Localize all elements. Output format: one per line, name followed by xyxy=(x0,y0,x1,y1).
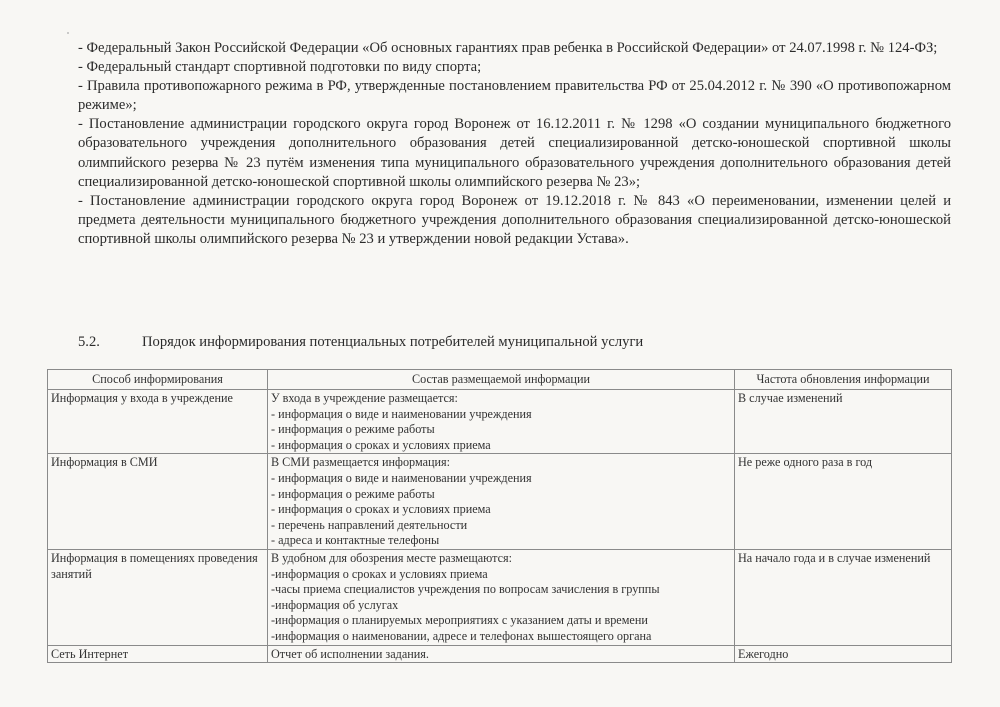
table-header-row: Способ информирования Состав размещаемой… xyxy=(48,370,952,390)
informing-table: Способ информирования Состав размещаемой… xyxy=(47,369,952,663)
table-row: Информация в помещениях проведения занят… xyxy=(48,549,952,645)
frequency-cell: На начало года и в случае изменений xyxy=(735,549,952,645)
frequency-cell: Не реже одного раза в год xyxy=(735,454,952,550)
legal-basis-item: - Постановление администрации городского… xyxy=(78,115,951,191)
content-line: - информация о режиме работы xyxy=(271,422,731,438)
method-cell: Информация у входа в учреждение xyxy=(48,390,268,454)
content-cell: Отчет об исполнении задания. xyxy=(268,645,735,663)
legal-basis-item: - Федеральный Закон Российской Федерации… xyxy=(78,39,951,58)
method-cell: Информация в помещениях проведения занят… xyxy=(48,549,268,645)
content-cell: В удобном для обозрения месте размещаютс… xyxy=(268,549,735,645)
content-line: -информация о наименовании, адресе и тел… xyxy=(271,629,731,645)
table-row: Информация в СМИ В СМИ размещается инфор… xyxy=(48,454,952,550)
column-header-content: Состав размещаемой информации xyxy=(268,370,735,390)
frequency-cell: В случае изменений xyxy=(735,390,952,454)
method-cell: Сеть Интернет xyxy=(48,645,268,663)
content-cell: В СМИ размещается информация: - информац… xyxy=(268,454,735,550)
document-page: - Федеральный Закон Российской Федерации… xyxy=(0,0,1000,707)
legal-basis-item: - Постановление администрации городского… xyxy=(78,192,951,249)
content-line: -информация об услугах xyxy=(271,598,731,614)
content-line: - информация о виде и наименовании учреж… xyxy=(271,471,731,487)
content-line: - информация о сроках и условиях приема xyxy=(271,502,731,518)
section-title: Порядок информирования потенциальных пот… xyxy=(142,334,643,350)
column-header-method: Способ информирования xyxy=(48,370,268,390)
content-line: - информация о режиме работы xyxy=(271,487,731,503)
scan-speck xyxy=(67,32,69,34)
section-heading: 5.2.Порядок информирования потенциальных… xyxy=(78,333,643,352)
legal-basis-item: - Федеральный стандарт спортивной подгот… xyxy=(78,58,951,77)
column-header-frequency: Частота обновления информации xyxy=(735,370,952,390)
content-line: - адреса и контактные телефоны xyxy=(271,533,731,549)
content-line: -информация о сроках и условиях приема xyxy=(271,567,731,583)
content-line: -информация о планируемых мероприятиях с… xyxy=(271,613,731,629)
content-line: - перечень направлений деятельности xyxy=(271,518,731,534)
section-number: 5.2. xyxy=(78,333,142,352)
content-line: В удобном для обозрения месте размещаютс… xyxy=(271,551,731,567)
table-row: Информация у входа в учреждение У входа … xyxy=(48,390,952,454)
legal-basis-item: - Правила противопожарного режима в РФ, … xyxy=(78,77,951,115)
content-cell: У входа в учреждение размещается: - инфо… xyxy=(268,390,735,454)
content-line: Отчет об исполнении задания. xyxy=(271,647,731,663)
legal-basis-list: - Федеральный Закон Российской Федерации… xyxy=(78,39,951,249)
table-row: Сеть Интернет Отчет об исполнении задани… xyxy=(48,645,952,663)
content-line: - информация о виде и наименовании учреж… xyxy=(271,407,731,423)
frequency-cell: Ежегодно xyxy=(735,645,952,663)
content-line: У входа в учреждение размещается: xyxy=(271,391,731,407)
content-line: В СМИ размещается информация: xyxy=(271,455,731,471)
method-cell: Информация в СМИ xyxy=(48,454,268,550)
content-line: -часы приема специалистов учреждения по … xyxy=(271,582,731,598)
content-line: - информация о сроках и условиях приема xyxy=(271,438,731,454)
